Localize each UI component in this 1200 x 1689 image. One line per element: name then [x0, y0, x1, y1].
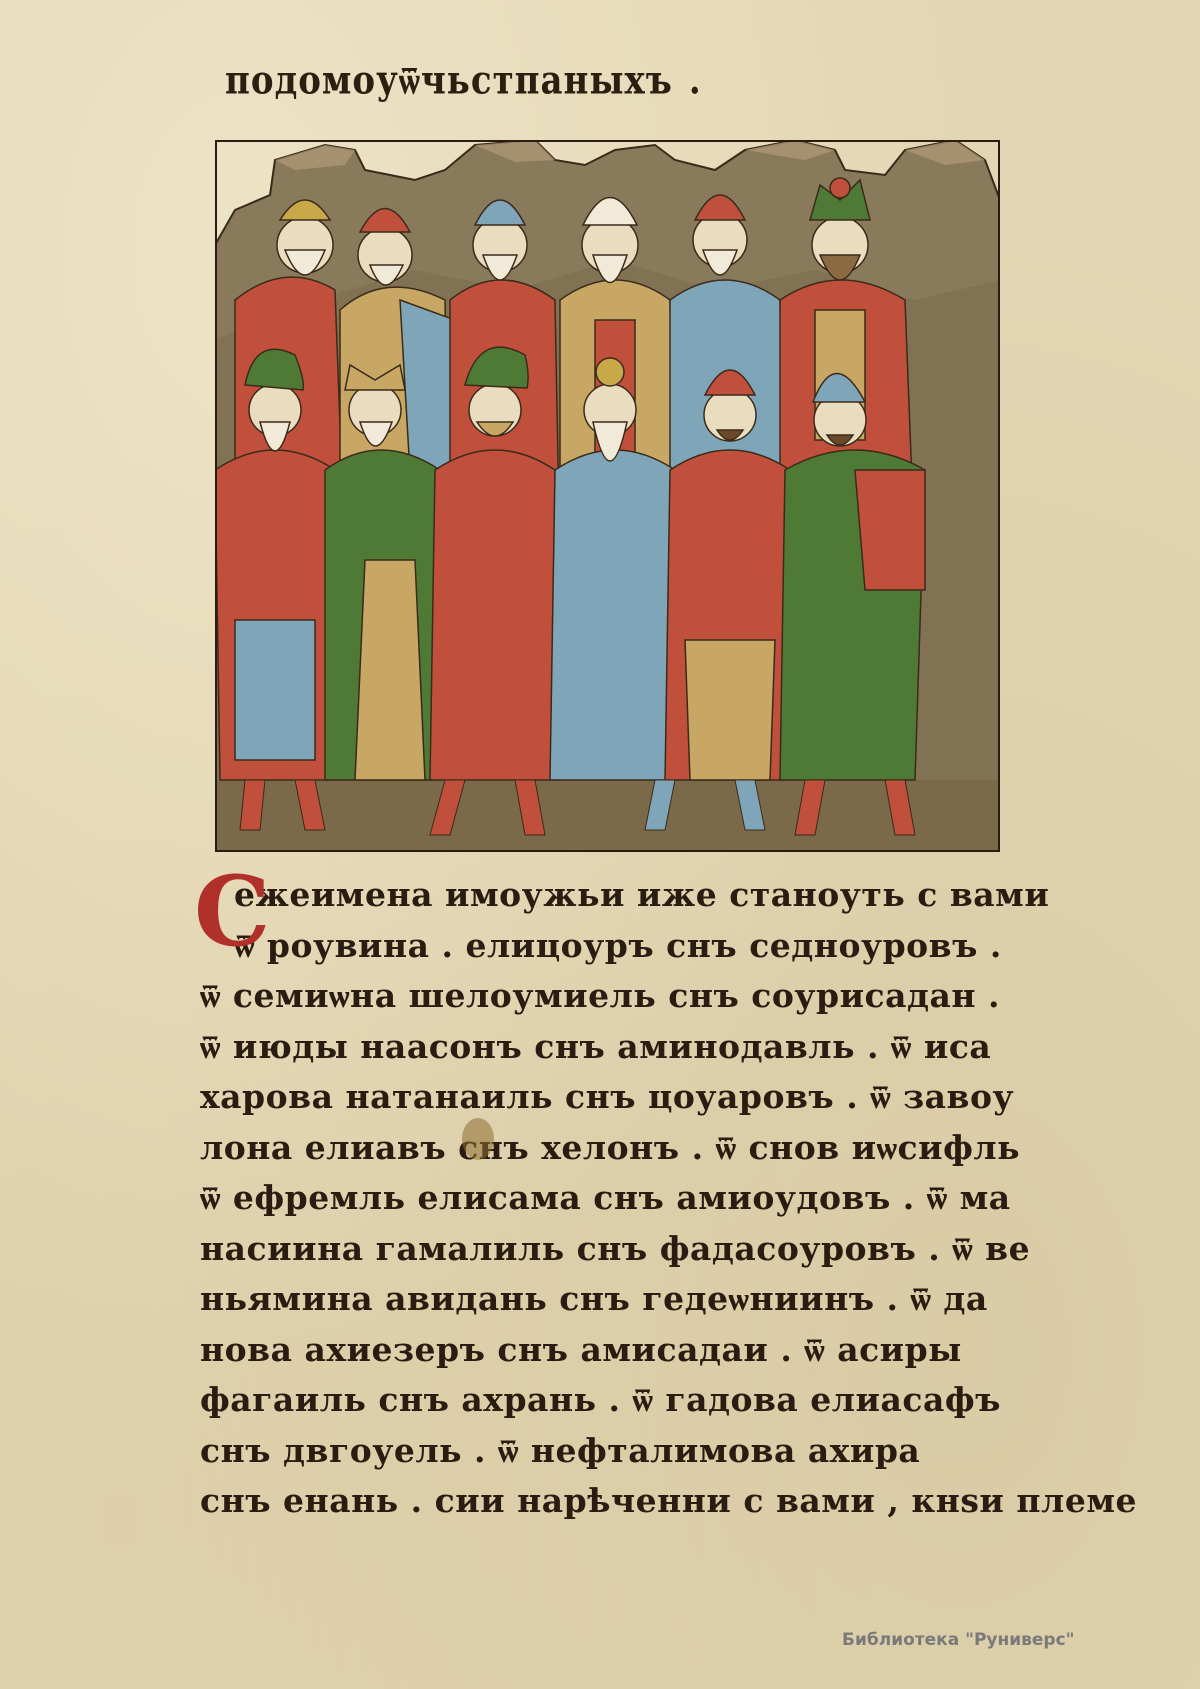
illuminated-miniature: [215, 140, 1000, 852]
heading-mark: .: [689, 58, 702, 104]
text-line: ньямина авидань снъ гедеѡниинъ . ѿ да: [200, 1274, 1000, 1325]
paper-stain: [462, 1118, 494, 1160]
text-line: ѿ роувина . елицоуръ снъ седноуровъ .: [200, 921, 1000, 972]
text-line: ѿ семиѡна шелоумиель снъ соурисадан .: [200, 971, 1000, 1022]
text-line: лона елиавъ снъ хелонъ . ѿ снов иѡсифль: [200, 1123, 1000, 1174]
text-line: снъ двгоуель . ѿ нефталимова ахира: [200, 1426, 1000, 1477]
text-line: фагаиль снъ ахрань . ѿ гадова елиасафъ: [200, 1375, 1000, 1426]
text-line: ѿ ефремль елисама снъ амиоудовъ . ѿ ма: [200, 1173, 1000, 1224]
text-line: ежеимена имоужьи иже станоуть с вами: [200, 870, 1000, 921]
body-text: С ежеимена имоужьи иже станоуть с вами ѿ…: [200, 870, 1000, 1527]
text-line: насиина гамалиль снъ фадасоуровъ . ѿ ве: [200, 1224, 1000, 1275]
text-line: харова натанаиль снъ цоуаровъ . ѿ завоу: [200, 1072, 1000, 1123]
miniature-illustration: [215, 140, 1000, 852]
text-line: ѿ июды наасонъ снъ аминодавль . ѿ иса: [200, 1022, 1000, 1073]
page-heading: подомоуѿчьстпаныхъ.: [225, 58, 702, 104]
text-line: нова ахиезеръ снъ амисадаи . ѿ асиры: [200, 1325, 1000, 1376]
rubricated-initial: С: [194, 864, 270, 960]
heading-text: подомоуѿчьстпаныхъ: [225, 58, 673, 104]
manuscript-page: подомоуѿчьстпаныхъ.: [0, 0, 1200, 1689]
library-watermark: Библиотека "Руниверс": [842, 1630, 1075, 1650]
text-line: снъ енань . сии нарѣченни с вами , кнѕи …: [200, 1476, 1000, 1527]
